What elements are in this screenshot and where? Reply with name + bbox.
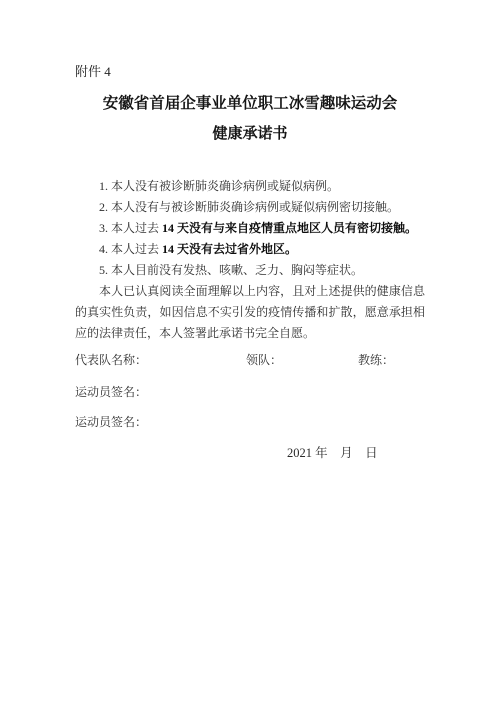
document-subtitle: 健康承诺书 — [0, 125, 500, 143]
signature-row: 代表队名称： 领队： 教练： — [75, 351, 425, 372]
commitment-item-2: 2. 本人没有与被诊断肺炎确诊病例或疑似病例密切接触。 — [75, 197, 425, 218]
team-leader-label: 领队： — [246, 351, 282, 368]
item-5-text: 5. 本人目前没有发热、咳嗽、乏力、胸闷等症状。 — [99, 263, 363, 277]
commitment-item-1: 1. 本人没有被诊断肺炎确诊病例或疑似病例。 — [75, 176, 425, 197]
athlete-signature-label-1: 运动员签名： — [75, 383, 147, 400]
commitment-item-3: 3. 本人过去 14 天没有与来自疫情重点地区人员有密切接触。 — [75, 218, 425, 239]
item-4-text: 4. 本人过去 — [99, 242, 162, 256]
coach-label: 教练： — [358, 351, 394, 368]
document-page: 附件 4 安徽省首届企事业单位职工冰雪趣味运动会 健康承诺书 1. 本人没有被诊… — [0, 0, 500, 707]
attachment-label: 附件 4 — [75, 64, 111, 79]
commitment-body: 1. 本人没有被诊断肺炎确诊病例或疑似病例。 2. 本人没有与被诊断肺炎确诊病例… — [75, 176, 425, 344]
item-2-text: 2. 本人没有与被诊断肺炎确诊病例或疑似病例密切接触。 — [99, 200, 399, 214]
commitment-item-5: 5. 本人目前没有发热、咳嗽、乏力、胸闷等症状。 — [75, 260, 425, 281]
date-line: 2021 年 月 日 — [287, 443, 378, 461]
declaration-paragraph: 本人已认真阅读全面理解以上内容，且对上述提供的健康信息的真实性负责，如因信息不实… — [75, 281, 425, 344]
team-name-label: 代表队名称： — [75, 351, 147, 368]
item-1-text: 1. 本人没有被诊断肺炎确诊病例或疑似病例。 — [99, 179, 339, 193]
item-4-emphasis: 14 天没有去过省外地区。 — [162, 242, 297, 256]
document-title: 安徽省首届企事业单位职工冰雪趣味运动会 — [0, 94, 500, 113]
item-3-text: 3. 本人过去 — [99, 221, 162, 235]
commitment-item-4: 4. 本人过去 14 天没有去过省外地区。 — [75, 239, 425, 260]
athlete-signature-label-2: 运动员签名： — [75, 413, 147, 430]
item-3-emphasis: 14 天没有与来自疫情重点地区人员有密切接触。 — [162, 221, 417, 235]
